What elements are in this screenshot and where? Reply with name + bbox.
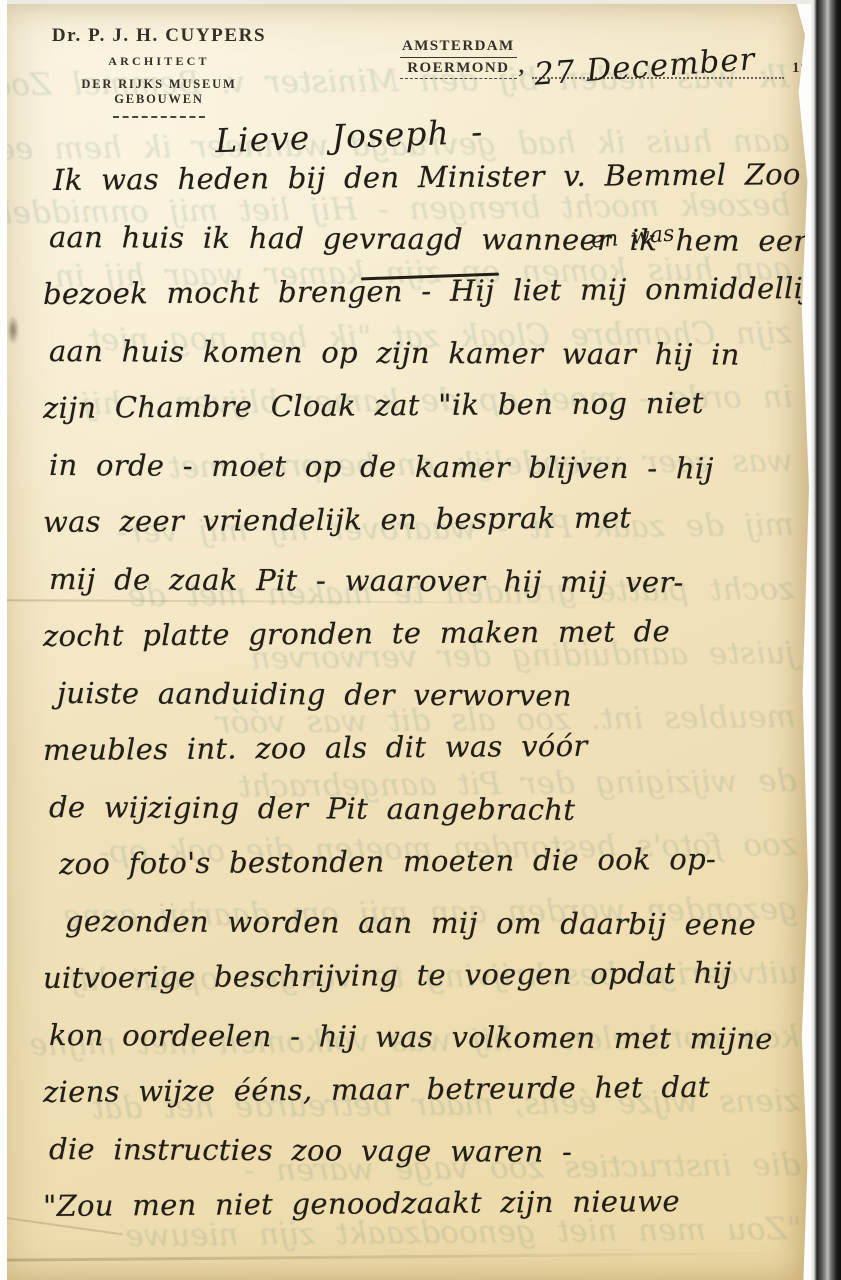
letter-line: zoo foto's bestonden moeten die ook op- bbox=[59, 830, 805, 893]
letter-line: ziens wijze ééns, maar betreurde het dat bbox=[43, 1058, 805, 1121]
letter-line: Ik was heden bij den Minister v. Bemmel … bbox=[53, 146, 805, 209]
letter-line: bezoek mocht brengen - Hij liet mij onmi… bbox=[43, 260, 805, 323]
letter-line: zocht platte gronden te maken met de bbox=[43, 602, 805, 665]
letter-scan: Ik was heden bij den Minister v. Bemmel … bbox=[0, 0, 841, 1280]
letter-line: "Zou men niet genoodzaakt zijn nieuwe bbox=[43, 1172, 805, 1235]
letter-body: Lieve Joseph - Ik was heden bij den Mini… bbox=[43, 111, 805, 1235]
letterhead-role: ARCHITECT bbox=[41, 54, 277, 69]
city-amsterdam: AMSTERDAM bbox=[400, 38, 517, 58]
handwritten-lines: Ik was heden bij den Minister v. Bemmel … bbox=[43, 152, 805, 1235]
letterhead-comma: , bbox=[519, 53, 525, 79]
city-roermond: ROERMOND bbox=[400, 60, 517, 79]
scan-top-edge bbox=[0, 0, 812, 4]
letter-line: uitvoerige beschrijving te voegen opdat … bbox=[43, 944, 805, 1007]
letterhead-left: Dr. P. J. H. CUYPERS ARCHITECT DER RIJKS… bbox=[41, 25, 277, 118]
letterhead-cities: AMSTERDAM ROERMOND bbox=[400, 38, 517, 79]
letter-line: zijn Chambre Cloak zat "ik ben nog niet bbox=[43, 374, 805, 437]
letter-paper: Ik was heden bij den Minister v. Bemmel … bbox=[7, 3, 809, 1280]
letterhead-right: AMSTERDAM ROERMOND , 27 December 190 4 bbox=[400, 33, 784, 79]
handwritten-date: 27 December bbox=[533, 41, 757, 92]
letterhead-name: Dr. P. J. H. CUYPERS bbox=[41, 25, 277, 47]
printed-year-prefix: 190 bbox=[792, 60, 809, 77]
scanner-dark-bar bbox=[811, 0, 841, 1280]
ink-smudge bbox=[7, 315, 19, 345]
paper-crease bbox=[7, 1251, 809, 1261]
letterhead-subtitle: DER RIJKS MUSEUM GEBOUWEN bbox=[41, 77, 277, 107]
letter-line: meubles int. zoo als dit was vóór bbox=[43, 716, 805, 779]
date-line: 27 December 190 4 bbox=[532, 33, 784, 79]
letter-line: was zeer vriendelijk en besprak met bbox=[43, 488, 805, 551]
scan-left-margin bbox=[0, 0, 7, 1280]
